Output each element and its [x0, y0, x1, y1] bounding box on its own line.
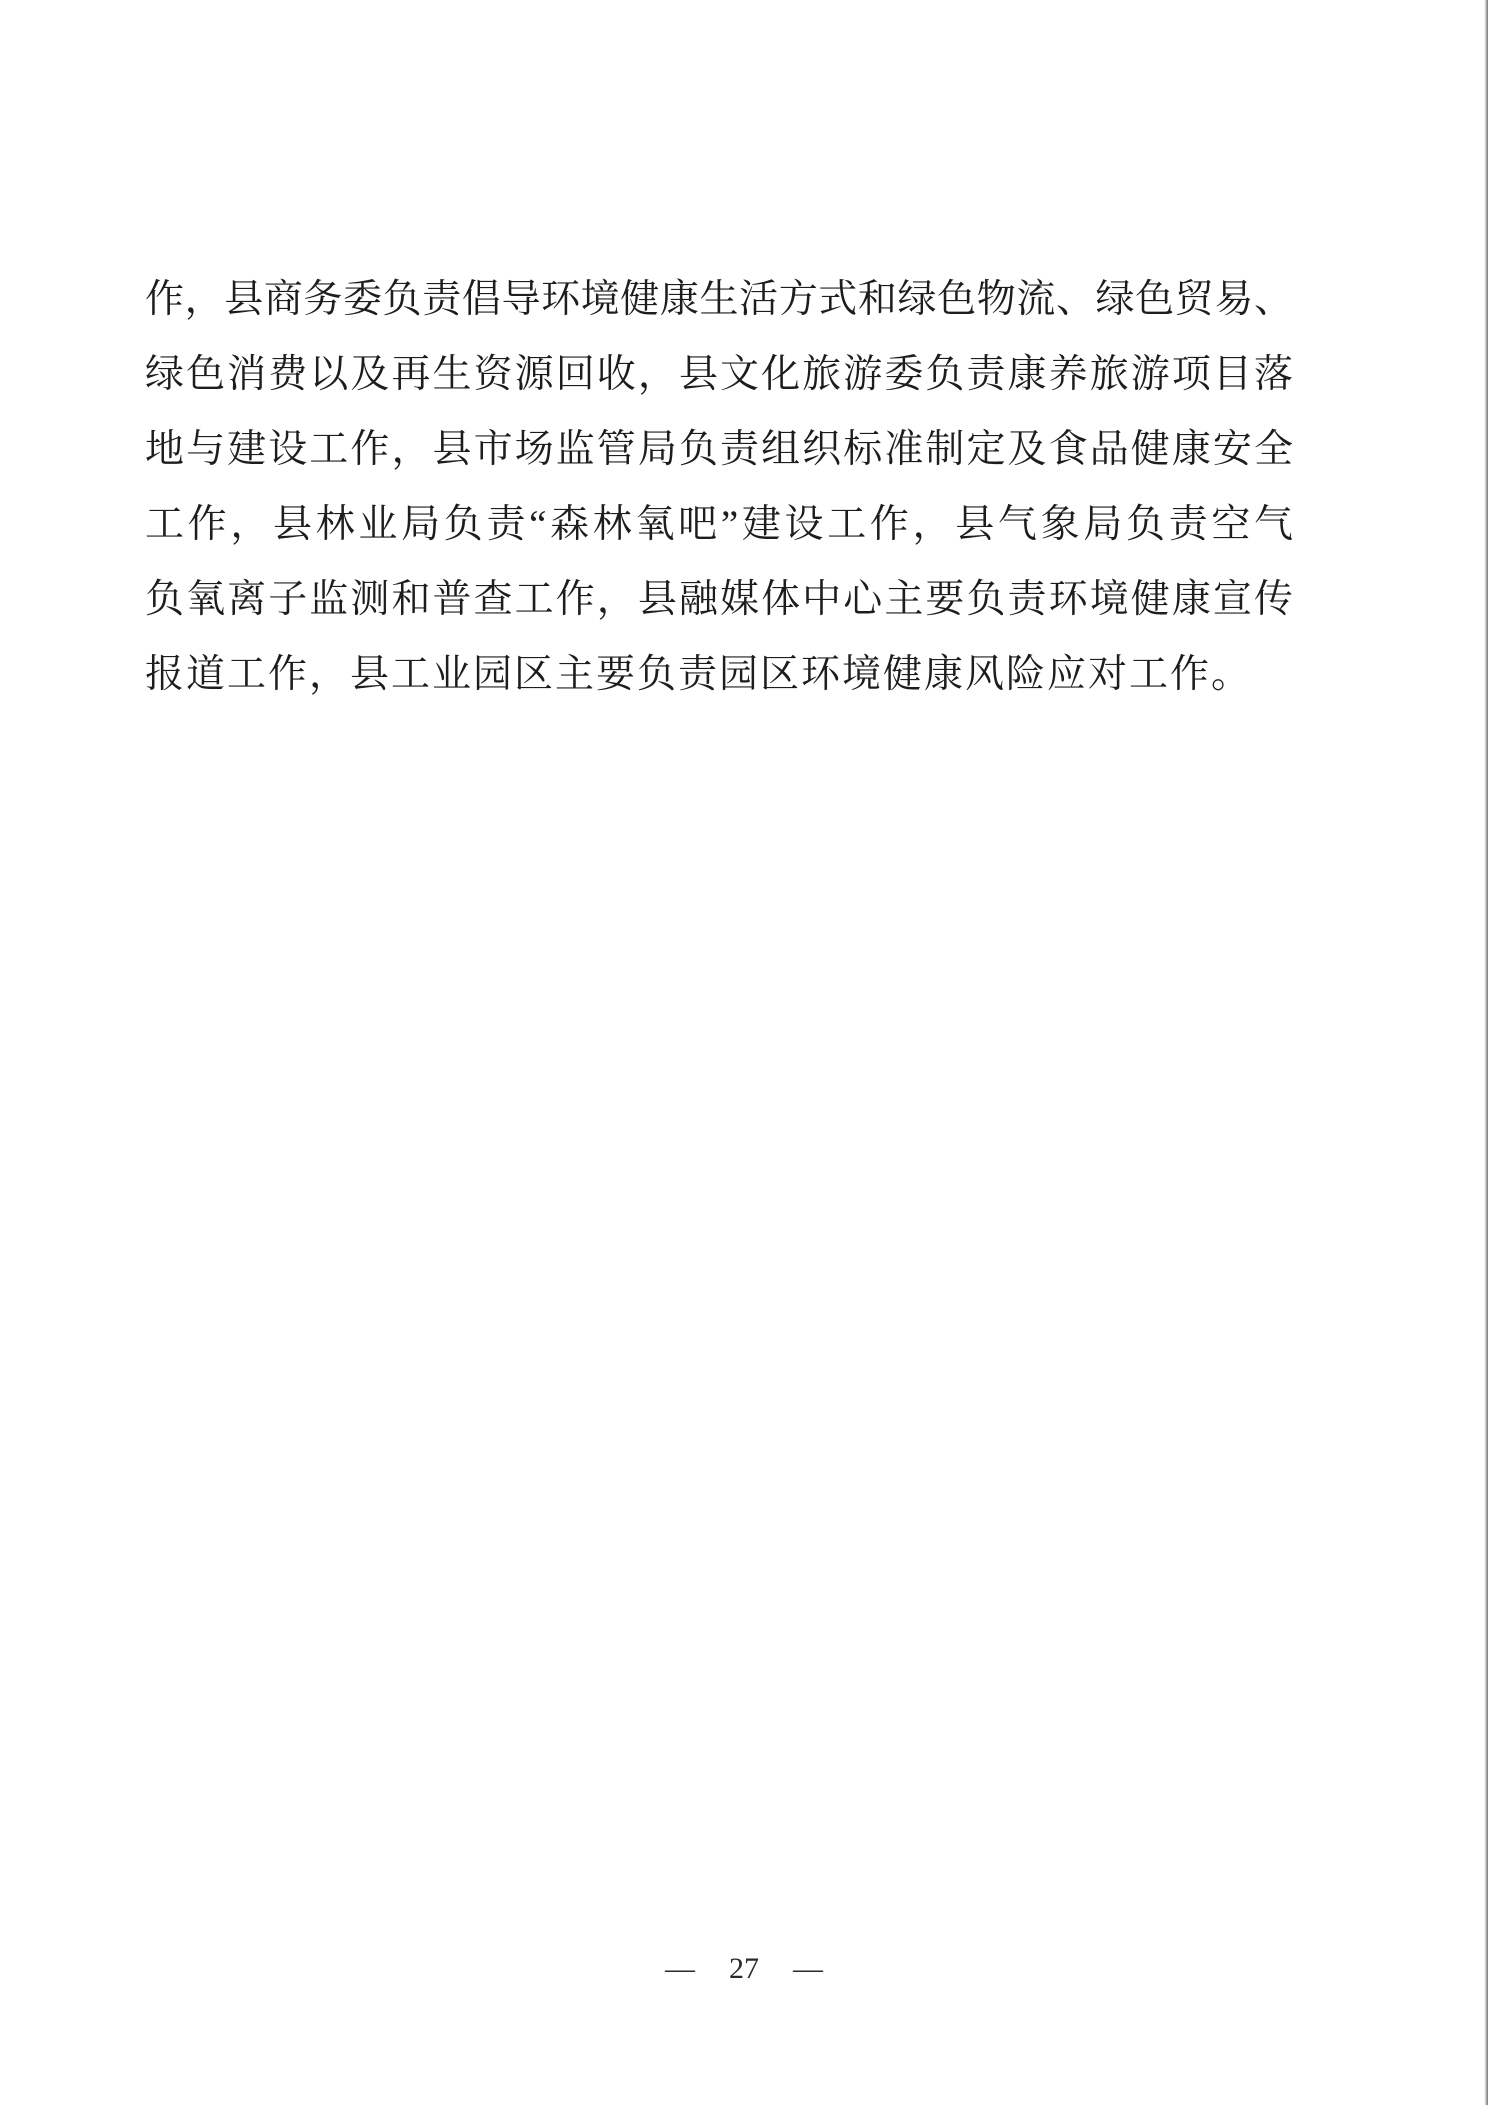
text-line: 绿色消费以及再生资源回收，县文化旅游委负责康养旅游项目落: [145, 337, 1293, 412]
footer-dash-left: —: [665, 1951, 695, 1987]
body-text-paragraph: 作，县商务委负责倡导环境健康生活方式和绿色物流、绿色贸易、 绿色消费以及再生资源…: [145, 262, 1293, 712]
footer-page-number: 27: [729, 1951, 759, 1987]
scan-edge-line: [1484, 0, 1488, 2105]
text-line: 工作，县林业局负责“森林氧吧”建设工作，县气象局负责空气: [145, 487, 1293, 562]
text-line: 地与建设工作，县市场监管局负责组织标准制定及食品健康安全: [145, 412, 1293, 487]
page-footer: — 27 —: [0, 1951, 1488, 1987]
text-line: 负氧离子监测和普查工作，县融媒体中心主要负责环境健康宣传: [145, 562, 1293, 637]
text-line: 报道工作，县工业园区主要负责园区环境健康风险应对工作。: [145, 637, 1293, 712]
text-line: 作，县商务委负责倡导环境健康生活方式和绿色物流、绿色贸易、: [145, 262, 1293, 337]
document-page: 作，县商务委负责倡导环境健康生活方式和绿色物流、绿色贸易、 绿色消费以及再生资源…: [0, 0, 1488, 2105]
footer-dash-right: —: [793, 1951, 823, 1987]
